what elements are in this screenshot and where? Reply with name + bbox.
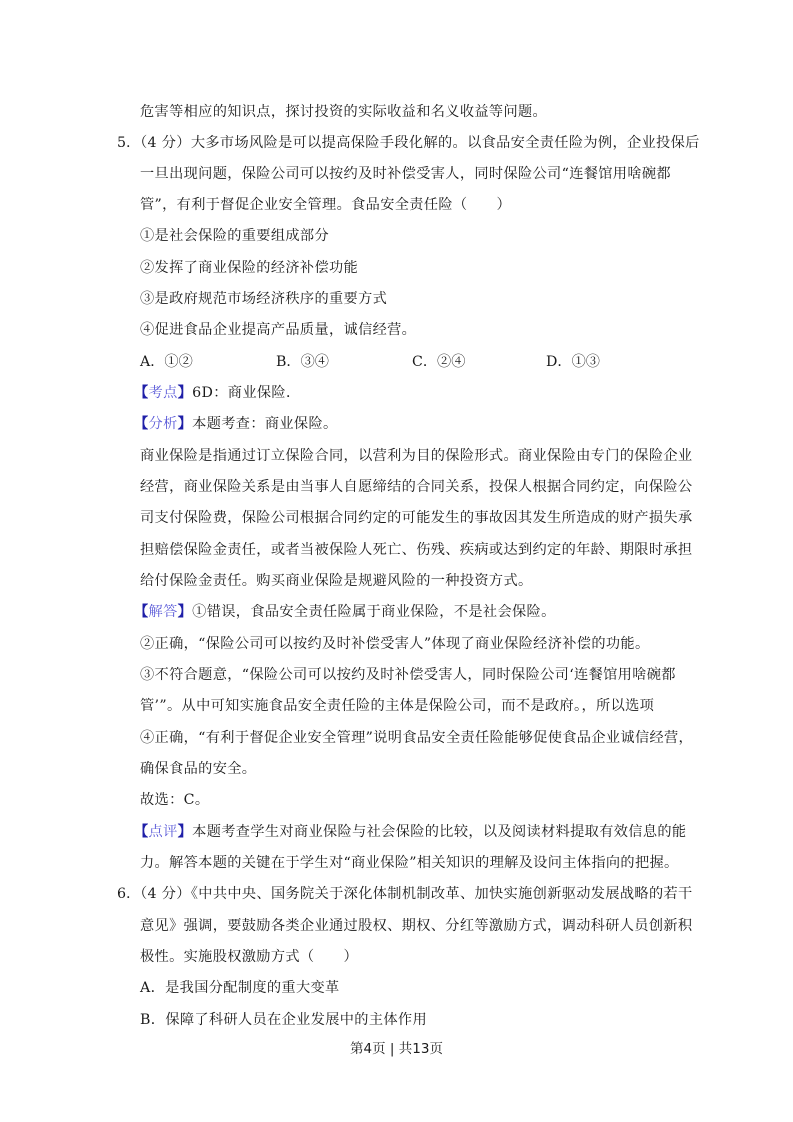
tag-dianping: 点评 (149, 824, 178, 840)
kaodian-text: 6D：商业保险． (192, 385, 300, 401)
question-stem-line: 极性。实施股权激励方式（ ） (140, 947, 358, 967)
tag-open-bracket: 【 (134, 416, 149, 432)
question-stem-line: 意见》强调，要鼓励各类企业通过股权、期权、分红等激励方式，调动科研人员创新积 (140, 916, 692, 936)
statement-4: ④促进食品企业提高产品质量，诚信经营。 (140, 320, 416, 340)
fenxi-text: 本题考查：商业保险。 (192, 416, 337, 432)
statement-2: ②发挥了商业保险的经济补偿功能 (140, 258, 358, 278)
option-a: A．①② (140, 352, 193, 372)
tag-close-bracket: 】 (178, 824, 193, 840)
solution-line: 确保食品的安全。 (140, 759, 256, 779)
question-stem-line: （4 分）《中共中央、国务院关于深化体制机制改革、加快实施创新驱动发展战略的若干 (133, 884, 693, 904)
analysis-line: 司支付保险费，保险公司根据合同约定的可能发生的事故因其发生所造成的财产损失承 (140, 508, 692, 528)
tag-open-bracket: 【 (134, 604, 149, 620)
jieda-text: ①错误，食品安全责任险属于商业保险，不是社会保险。 (192, 604, 555, 620)
solution-line: ③不符合题意，“保险公司可以按约及时补偿受害人，同时保险公司‘连餐馆用啥碗都 (140, 665, 676, 685)
option-b: B．③④ (276, 352, 329, 372)
text-line: 危害等相应的知识点，探讨投资的实际收益和名义收益等问题。 (140, 102, 547, 122)
analysis-line: 给付保险金责任。购买商业保险是规避风险的一种投资方式。 (140, 571, 533, 591)
solution-line: ④正确，“有利于督促企业安全管理”说明食品安全责任险能够促使食品企业诚信经营， (140, 728, 693, 748)
question-number: 6. (117, 884, 131, 904)
jieda-line: 【解答】①错误，食品安全责任险属于商业保险，不是社会保险。 (134, 602, 556, 622)
kaodian-line: 【考点】6D：商业保险． (134, 383, 301, 403)
tag-close-bracket: 】 (178, 416, 193, 432)
statement-1: ①是社会保险的重要组成部分 (140, 226, 329, 246)
analysis-line: 经营，商业保险关系是由当事人自愿缔结的合同关系，投保人根据合同约定，向保险公 (140, 477, 692, 497)
question-stem-line: （4 分）大多市场风险是可以提高保险手段化解的。以食品安全责任险为例，企业投保后 (133, 133, 700, 153)
solution-line: 管’”。从中可知实施食品安全责任险的主体是保险公司，而不是政府。，所以选项 (140, 696, 654, 716)
tag-open-bracket: 【 (134, 824, 149, 840)
document-page: 危害等相应的知识点，探讨投资的实际收益和名义收益等问题。 5. （4 分）大多市… (0, 0, 793, 1122)
comment-line: 力。解答本题的关键在于学生对“商业保险”相关知识的理解及设问主体指向的把握。 (140, 853, 679, 873)
dianping-text: 本题考查学生对商业保险与社会保险的比较，以及阅读材料提取有效信息的能 (192, 824, 686, 840)
fenxi-line: 【分析】本题考查：商业保险。 (134, 414, 338, 434)
solution-line: ②正确，“保险公司可以按约及时补偿受害人”体现了商业保险经济补偿的功能。 (140, 634, 649, 654)
analysis-line: 商业保险是指通过订立保险合同，以营利为目的保险形式。商业保险由专门的保险企业 (140, 446, 692, 466)
option-b: B．保障了科研人员在企业发展中的主体作用 (140, 1010, 427, 1030)
question-stem-line: 一旦出现问题，保险公司可以按约及时补偿受害人，同时保险公司“连餐馆用啥碗都 (140, 164, 671, 184)
dianping-line: 【点评】本题考查学生对商业保险与社会保险的比较，以及阅读材料提取有效信息的能 (134, 822, 686, 842)
option-c: C．②④ (412, 352, 465, 372)
statement-3: ③是政府规范市场经济秩序的重要方式 (140, 289, 387, 309)
answer-choice-line: 故选：C。 (140, 790, 209, 810)
option-a: A．是我国分配制度的重大变革 (140, 978, 340, 998)
option-d: D．①③ (546, 352, 600, 372)
tag-close-bracket: 】 (178, 604, 193, 620)
tag-fenxi: 分析 (149, 416, 178, 432)
analysis-line: 担赔偿保险金责任，或者当被保险人死亡、伤残、疾病或达到约定的年龄、期限时承担 (140, 540, 692, 560)
tag-kaodian: 考点 (149, 385, 178, 401)
page-footer: 第4页 | 共13页 (0, 1037, 793, 1057)
question-stem-line: 管”，有利于督促企业安全管理。食品安全责任险（ ） (140, 195, 511, 215)
question-number: 5. (117, 133, 131, 153)
tag-jieda: 解答 (149, 604, 178, 620)
tag-open-bracket: 【 (134, 385, 149, 401)
tag-close-bracket: 】 (178, 385, 193, 401)
